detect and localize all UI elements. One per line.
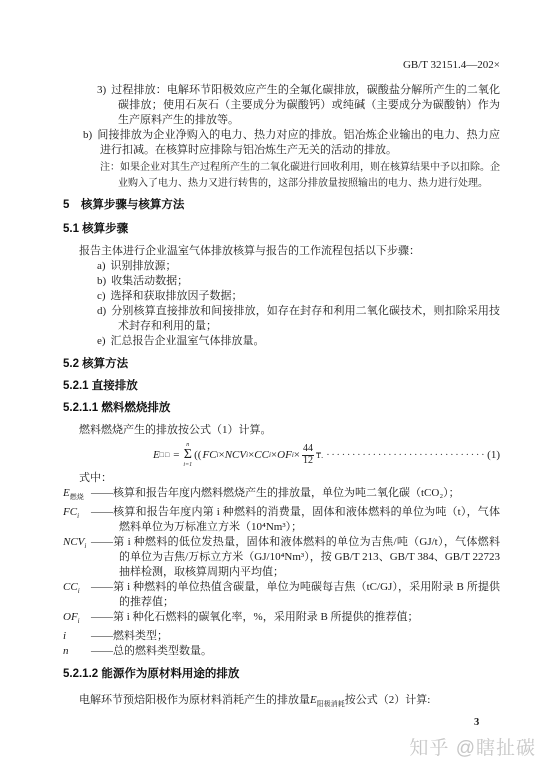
list-item-b-text: 间接排放为企业净购入的电力、热力对应的排放。铝冶炼企业输出的电力、热力应进行扣减… <box>97 129 500 156</box>
step-item: b)收集活动数据； <box>63 274 500 289</box>
definition-term: FCi <box>63 505 91 535</box>
where-label: 式中： <box>63 471 500 486</box>
heading-5: 5 核算步骤与核算方法 <box>63 198 500 212</box>
term-base: i <box>63 630 66 642</box>
page-number: 3 <box>474 717 479 728</box>
corrupted-glyph: ₸. <box>316 449 323 462</box>
note-paragraph: 注：如果企业对其生产过程所产生的二氧化碳进行回收利用，则在核算结果中予以扣除。企… <box>63 160 500 192</box>
definition-row: NCVi ——第 i 种燃料的低位发热量，固体和液体燃料的单位为吉焦/吨（GJ/… <box>63 535 500 580</box>
heading-5-2-1-1: 5.2.1.1 燃料燃烧排放 <box>63 401 500 415</box>
heading-5-1: 5.1 核算步骤 <box>63 222 500 236</box>
step-item: a)识别排放源； <box>63 259 500 274</box>
term-base: NCV <box>63 536 84 548</box>
step-marker: d) <box>97 305 111 317</box>
dot-leader: ········································… <box>326 449 484 462</box>
equation-body: E□□ = n Σ i=1 (( FCi × NCVi × CCi × OFi … <box>153 442 323 468</box>
definition-dash: —— <box>91 536 113 548</box>
definition-body-text: 第 i 种燃料的单位热值含碳量，单位为吨碳每吉焦（tC/GJ），采用附录 B 所… <box>113 581 500 608</box>
equals-sign: = <box>170 449 182 462</box>
definition-term: CCi <box>63 580 91 610</box>
list-item-3-text: 过程排放：电解环节阳极效应产生的全氟化碳排放，碳酸盐分解所产生的二氧化碳排放；使… <box>111 84 500 126</box>
definition-text: ——第 i 种化石燃料的碳氧化率，%，采用附录 B 所提供的推荐值； <box>91 610 500 629</box>
definition-row: FCi ——核算和报告年度内第 i 种燃料的消费量，固体和液体燃料的单位为吨（t… <box>63 505 500 535</box>
definition-body-text: 总的燃料类型数量。 <box>113 645 212 657</box>
list-item-3: 3)过程排放：电解环节阳极效应产生的全氟化碳排放，碳酸盐分解所产生的二氧化碳排放… <box>63 83 500 128</box>
definition-row: n ——总的燃料类型数量。 <box>63 644 500 659</box>
step-item: e)汇总报告企业温室气体排放量。 <box>63 334 500 349</box>
formula-intro-paragraph: 燃料燃烧产生的排放按公式（1）计算。 <box>63 423 500 438</box>
term-base: E <box>63 487 70 499</box>
variable-e: E <box>310 694 317 706</box>
summation-symbol: n Σ i=1 <box>183 442 192 468</box>
definition-text: ——总的燃料类型数量。 <box>91 644 500 659</box>
definition-text: ——第 i 种燃料的单位热值含碳量，单位为吨碳每吉焦（tC/GJ），采用附录 B… <box>91 580 500 610</box>
equation-lhs-subscript: □□ <box>160 449 170 462</box>
watermark-text: 知乎 @瞎扯碳 <box>409 733 536 760</box>
definition-dash: —— <box>91 645 113 657</box>
variable-fc: FC <box>202 449 216 462</box>
step-marker: e) <box>97 335 111 347</box>
sigma-glyph: Σ <box>184 448 192 462</box>
list-item-b: b)间接排放为企业净购入的电力、热力对应的排放。铝冶炼企业输出的电力、热力应进行… <box>63 128 500 158</box>
summation-lower-limit: i=1 <box>183 462 192 468</box>
definition-dash: —— <box>91 487 113 499</box>
heading-5-2-1: 5.2.1 直接排放 <box>63 379 500 393</box>
step-marker: b) <box>97 275 111 287</box>
times-sign: × <box>294 449 300 462</box>
definition-dash: —— <box>91 581 113 593</box>
note-text: 如果企业对其生产过程所产生的二氧化碳进行回收利用，则在核算结果中予以扣除。企业购… <box>118 162 500 189</box>
equation-number: (1) <box>487 449 500 462</box>
definition-term: E燃烧 <box>63 486 91 505</box>
definition-body-text: 第 i 种燃料的低位发热量，固体和液体燃料的单位为吉焦/吨（GJ/t），气体燃料… <box>113 536 500 578</box>
step-item: c)选择和获取排放因子数据； <box>63 289 500 304</box>
definition-body-text: 第 i 种化石燃料的碳氧化率，%，采用附录 B 所提供的推荐值； <box>113 611 419 623</box>
document-page: GB/T 32151.4—202× 3)过程排放：电解环节阳极效应产生的全氟化碳… <box>0 0 542 767</box>
note-marker: 注： <box>100 162 120 173</box>
term-subscript: 燃烧 <box>70 493 84 501</box>
step-text: 识别排放源； <box>111 260 177 272</box>
definition-text: ——核算和报告年度内燃料燃烧产生的排放量，单位为吨二氧化碳（tCO₂）； <box>91 486 500 505</box>
step-text: 选择和获取排放因子数据； <box>111 290 243 302</box>
definition-row: i ——燃料类型； <box>63 629 500 644</box>
step-item: d)分别核算直接排放和间接排放，如存在封存和利用二氧化碳技术，则扣除采用技术封存… <box>63 304 500 334</box>
definition-row: E燃烧 ——核算和报告年度内燃料燃烧产生的排放量，单位为吨二氧化碳（tCO₂）； <box>63 486 500 505</box>
term-subscript: i <box>84 542 86 550</box>
step-text: 收集活动数据； <box>111 275 188 287</box>
definition-row: CCi ——第 i 种燃料的单位热值含碳量，单位为吨碳每吉焦（tC/GJ），采用… <box>63 580 500 610</box>
term-base: OF <box>63 611 78 623</box>
definition-text: ——第 i 种燃料的低位发热量，固体和液体燃料的单位为吉焦/吨（GJ/t），气体… <box>91 535 500 580</box>
definition-dash: —— <box>91 630 113 642</box>
step-text: 汇总报告企业温室气体排放量。 <box>111 335 265 347</box>
variable-e-subscript: 阳极消耗 <box>317 701 345 709</box>
definition-dash: —— <box>91 506 113 518</box>
heading-5-2: 5.2 核算方法 <box>63 357 500 371</box>
definition-body-text: 燃料类型； <box>113 630 168 642</box>
fraction-denominator: 12 <box>302 455 314 467</box>
variable-cc: CC <box>254 449 269 462</box>
variable-of: OF <box>277 449 292 462</box>
fraction-numerator: 44 <box>303 444 313 455</box>
term-base: FC <box>63 506 77 518</box>
definition-term: NCVi <box>63 535 91 580</box>
term-base: CC <box>63 581 78 593</box>
definition-dash: —— <box>91 611 113 623</box>
step-marker: a) <box>97 260 111 272</box>
definition-term: n <box>63 644 91 659</box>
standard-number-header: GB/T 32151.4—202× <box>63 60 500 71</box>
fraction-44-12: 44 12 <box>302 444 314 466</box>
term-subscript: i <box>77 512 79 520</box>
list-item-3-marker: 3) <box>97 84 111 96</box>
definition-term: OFi <box>63 610 91 629</box>
variable-ncv: NCV <box>225 449 246 462</box>
step-marker: c) <box>97 290 111 302</box>
lead-paragraph: 报告主体进行企业温室气体排放核算与报告的工作流程包括以下步骤： <box>63 244 500 259</box>
definition-body-text: 核算和报告年度内第 i 种燃料的消费量，固体和液体燃料的单位为吨（t），气体燃料… <box>113 506 500 533</box>
heading-5-2-1-2: 5.2.1.2 能源作为原材料用途的排放 <box>63 667 500 681</box>
paragraph-text-after: 按公式（2）计算: <box>345 694 431 706</box>
term-subscript: i <box>78 587 80 595</box>
paragraph-text-before: 电解环节预焙阳极作为原材料消耗产生的排放量 <box>79 694 310 706</box>
term-subscript: i <box>78 617 80 625</box>
term-base: n <box>63 645 69 657</box>
definition-text: ——核算和报告年度内第 i 种燃料的消费量，固体和液体燃料的单位为吨（t），气体… <box>91 505 500 535</box>
definition-row: OFi ——第 i 种化石燃料的碳氧化率，%，采用附录 B 所提供的推荐值； <box>63 610 500 629</box>
definition-term: i <box>63 629 91 644</box>
definition-body-text: 核算和报告年度内燃料燃烧产生的排放量，单位为吨二氧化碳（tCO₂）； <box>113 487 460 499</box>
equation-1: E□□ = n Σ i=1 (( FCi × NCVi × CCi × OFi … <box>63 442 500 468</box>
formula-2-intro-paragraph: 电解环节预焙阳极作为原材料消耗产生的排放量E阳极消耗按公式（2）计算: <box>63 693 500 712</box>
equation-lhs: E <box>153 449 160 462</box>
step-text: 分别核算直接排放和间接排放，如存在封存和利用二氧化碳技术，则扣除采用技术封存和利… <box>111 305 500 332</box>
definition-text: ——燃料类型； <box>91 629 500 644</box>
list-item-b-marker: b) <box>83 129 97 141</box>
